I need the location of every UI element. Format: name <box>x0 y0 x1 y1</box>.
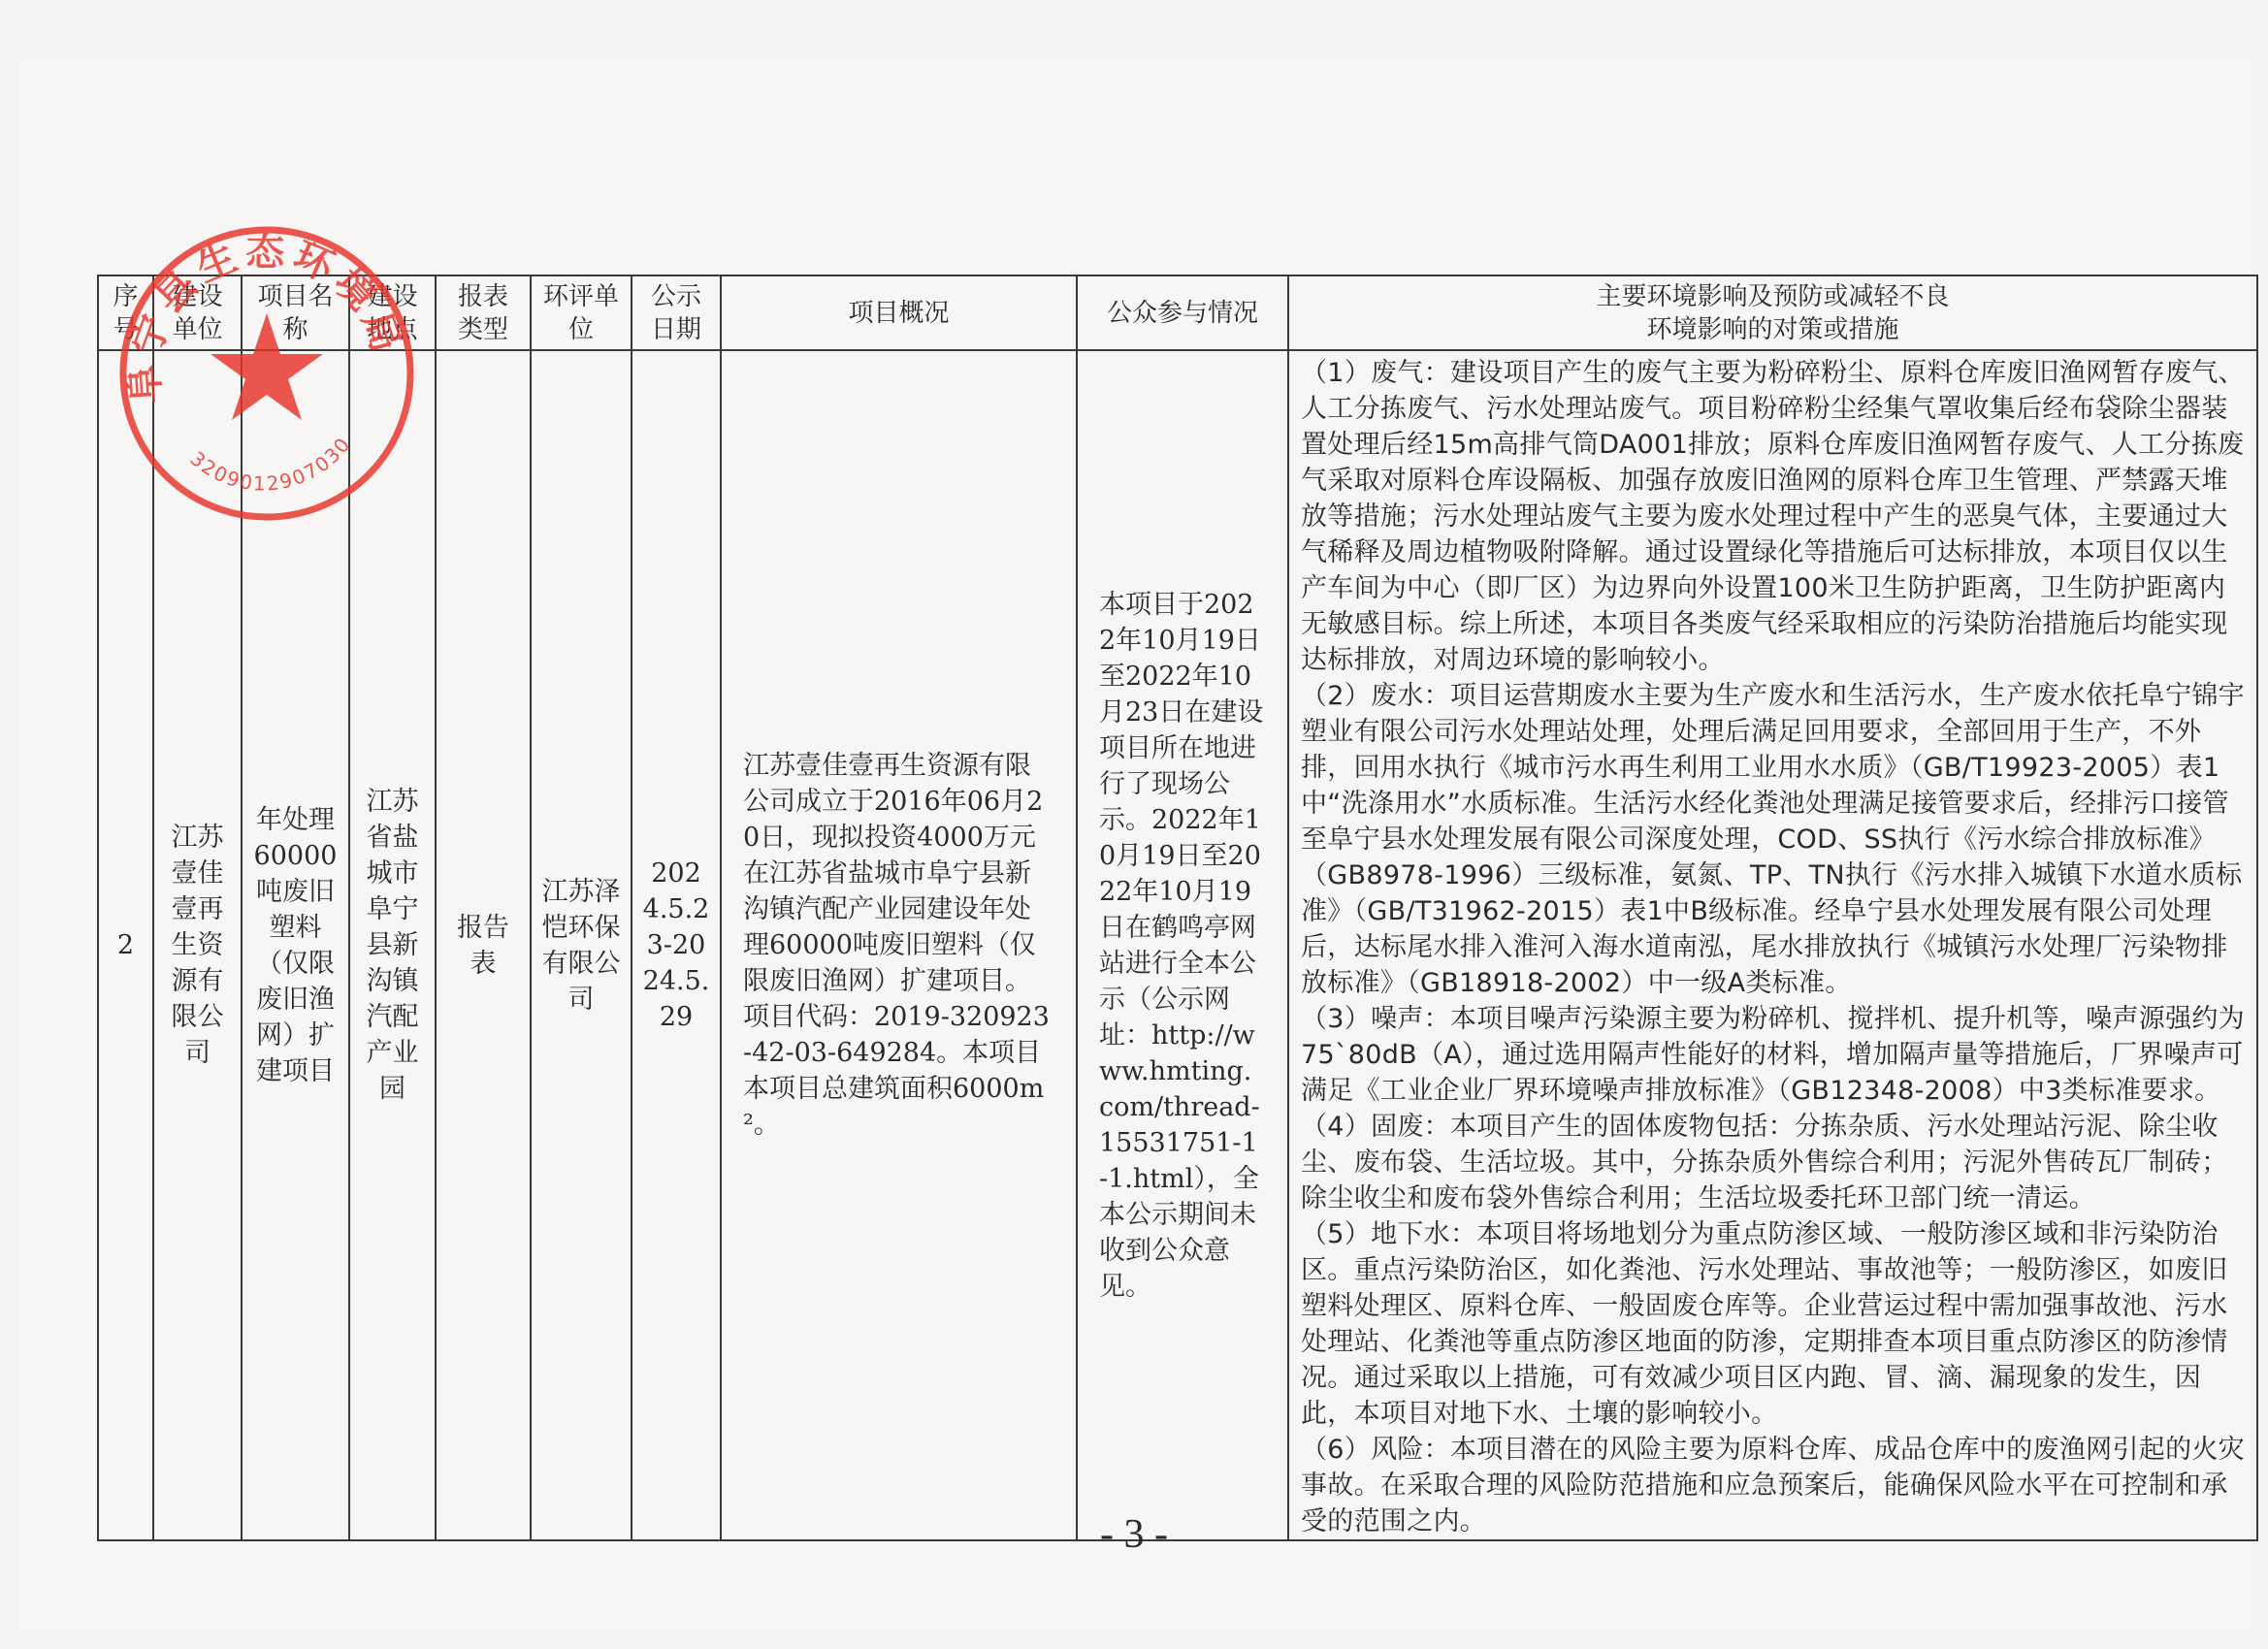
cell-eia-unit: 江苏泽恺环保有限公司 <box>531 350 632 1540</box>
cell-seq: 2 <box>98 350 153 1540</box>
cell-builder: 江苏壹佳壹再生资源有限公司 <box>153 350 242 1540</box>
measure-air: （1）废气：建设项目产生的废气主要为粉碎粉尘、原料仓库废旧渔网暂存废气、人工分拣… <box>1301 355 2245 678</box>
cell-overview: 江苏壹佳壹再生资源有限公司成立于2016年06月20日，现拟投资4000万元在江… <box>721 350 1077 1540</box>
cell-location: 江苏省盐城市阜宁县新沟镇汽配产业园 <box>349 350 436 1540</box>
cell-public-participation: 本项目于2022年10月19日至2022年10月23日在建设项目所在地进行了现场… <box>1077 350 1288 1540</box>
page-number: - 3 - <box>0 1511 2268 1558</box>
header-builder: 建设单位 <box>153 275 242 350</box>
cell-publicity-date: 2024.5.23-2024.5.29 <box>632 350 721 1540</box>
eia-record-table: 序号 建设单位 项目名称 建设地点 报表类型 环评单位 公示日期 项目概况 公众… <box>97 275 2258 1541</box>
header-report-type: 报表类型 <box>436 275 531 350</box>
cell-project-name: 年处理60000吨废旧塑料（仅限废旧渔网）扩建项目 <box>242 350 349 1540</box>
header-measures-line1: 主要环境影响及预防或减轻不良 <box>1289 280 2256 313</box>
header-project-name: 项目名称 <box>242 275 349 350</box>
table-row: 2 江苏壹佳壹再生资源有限公司 年处理60000吨废旧塑料（仅限废旧渔网）扩建项… <box>98 350 2257 1540</box>
table-header-row: 序号 建设单位 项目名称 建设地点 报表类型 环评单位 公示日期 项目概况 公众… <box>98 275 2257 350</box>
measure-noise: （3）噪声：本项目噪声污染源主要为粉碎机、搅拌机、提升机等，噪声源强约为75`8… <box>1301 1001 2245 1109</box>
header-location: 建设地点 <box>349 275 436 350</box>
header-eia-unit: 环评单位 <box>531 275 632 350</box>
header-publicity-date: 公示日期 <box>632 275 721 350</box>
measure-groundwater: （5）地下水：本项目将场地划分为重点防渗区域、一般防渗区域和非污染防治区。重点污… <box>1301 1216 2245 1432</box>
measure-water: （2）废水：项目运营期废水主要为生产废水和生活污水，生产废水依托阜宁锦宇塑业有限… <box>1301 678 2245 1001</box>
header-overview: 项目概况 <box>721 275 1077 350</box>
cell-measures: （1）废气：建设项目产生的废气主要为粉碎粉尘、原料仓库废旧渔网暂存废气、人工分拣… <box>1288 350 2257 1540</box>
header-seq: 序号 <box>98 275 153 350</box>
measure-solid-waste: （4）固废：本项目产生的固体废物包括：分拣杂质、污水处理站污泥、除尘收尘、废布袋… <box>1301 1109 2245 1216</box>
header-measures: 主要环境影响及预防或减轻不良 环境影响的对策或措施 <box>1288 275 2257 350</box>
header-public-participation: 公众参与情况 <box>1077 275 1288 350</box>
cell-report-type: 报告表 <box>436 350 531 1540</box>
header-measures-line2: 环境影响的对策或措施 <box>1289 313 2256 346</box>
